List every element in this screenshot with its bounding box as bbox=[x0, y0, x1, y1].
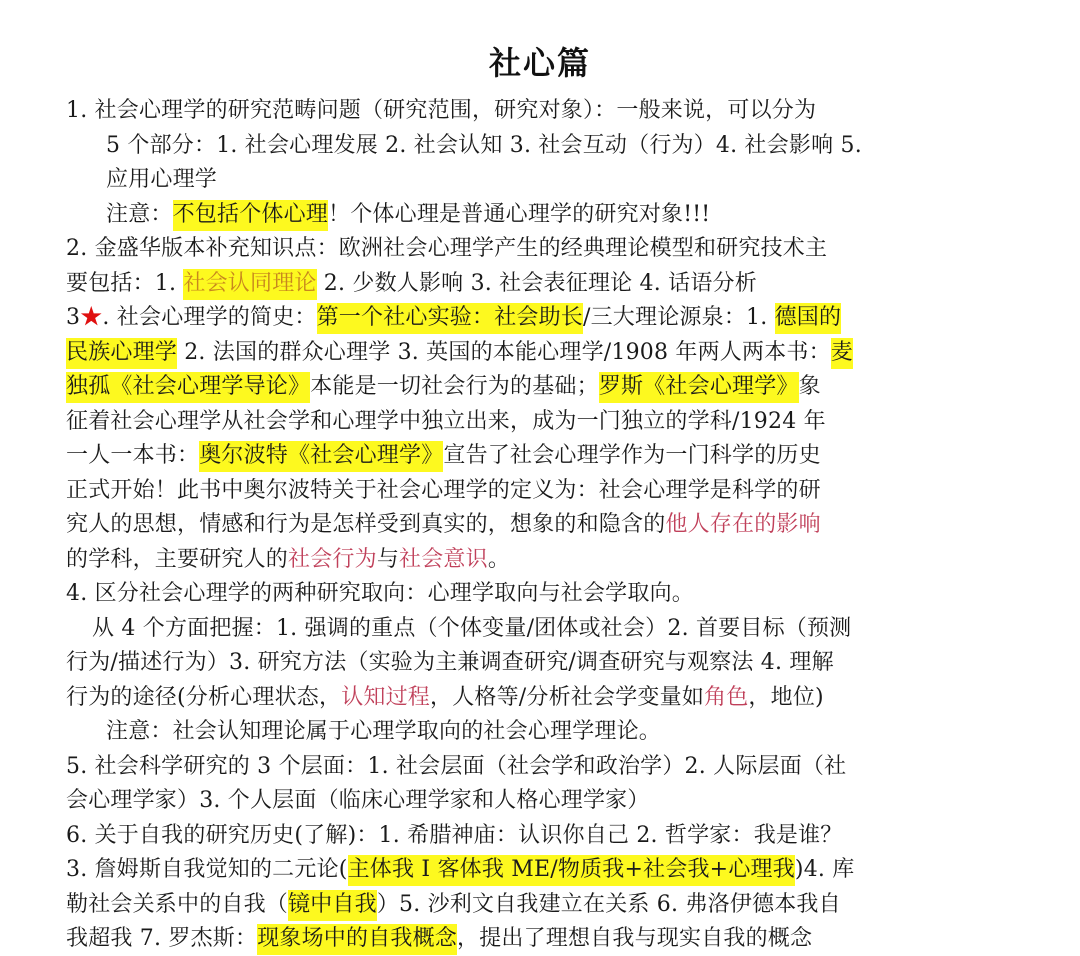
text-segment: 2. 少数人影响 3. 社会表征理论 4. 话语分析 bbox=[317, 271, 757, 296]
text-segment: ，地位) bbox=[748, 685, 823, 710]
text-segment: 勒社会关系中的自我（ bbox=[66, 892, 288, 917]
red-emphasis-text: 社会意识 bbox=[399, 547, 488, 572]
text-line: 2. 金盛华版本补充知识点：欧洲社会心理学产生的经典理论模型和研究技术主 bbox=[66, 232, 996, 267]
text-segment: 究人的思想，情感和行为是怎样受到真实的，想象的和隐含的 bbox=[66, 512, 665, 537]
text-segment: 5 个部分：1. 社会心理发展 2. 社会认知 3. 社会互动（行为）4. 社会… bbox=[106, 133, 862, 158]
text-segment: /三大理论源泉：1. bbox=[583, 305, 775, 330]
text-line: 5 个部分：1. 社会心理发展 2. 社会认知 3. 社会互动（行为）4. 社会… bbox=[66, 129, 996, 164]
highlighted-text: 德国的 bbox=[775, 303, 842, 334]
text-line: 5. 社会科学研究的 3 个层面：1. 社会层面（社会学和政治学）2. 人际层面… bbox=[66, 750, 996, 785]
text-segment: ）5. 沙利文自我建立在关系 6. 弗洛伊德本我自 bbox=[377, 892, 841, 917]
text-segment: 5. 社会科学研究的 3 个层面：1. 社会层面（社会学和政治学）2. 人际层面… bbox=[66, 754, 846, 779]
text-segment: 。 bbox=[488, 547, 510, 572]
highlighted-text: 独孤《社会心理学导论》 bbox=[66, 372, 310, 403]
highlighted-text: 主体我 I 客体我 ME/物质我+社会我+心理我 bbox=[348, 855, 795, 886]
text-line: 的学科，主要研究人的社会行为与社会意识。 bbox=[66, 543, 996, 578]
text-segment: 与 bbox=[377, 547, 399, 572]
text-segment: 行为/描述行为）3. 研究方法（实验为主兼调查研究/调查研究与观察法 4. 理解 bbox=[66, 650, 834, 675]
text-line: 行为的途径(分析心理状态，认知过程，人格等/分析社会学变量如角色，地位) bbox=[66, 681, 996, 716]
text-segment: ！个体心理是普通心理学的研究对象!!! bbox=[328, 202, 710, 227]
highlighted-text: 罗斯《社会心理学》 bbox=[599, 372, 799, 403]
page-title: 社心篇 bbox=[0, 38, 1080, 84]
text-segment: ，提出了理想自我与现实自我的概念 bbox=[457, 926, 812, 951]
text-line: 征着社会心理学从社会学和心理学中独立出来，成为一门独立的学科/1924 年 bbox=[66, 405, 996, 440]
highlighted-text: 不包括个体心理 bbox=[173, 200, 328, 231]
text-segment: 应用心理学 bbox=[106, 167, 217, 192]
text-segment: 我超我 7. 罗杰斯： bbox=[66, 926, 257, 951]
highlighted-text: 镜中自我 bbox=[288, 890, 377, 921]
text-segment: 4. 区分社会心理学的两种研究取向：心理学取向与社会学取向。 bbox=[66, 581, 694, 606]
text-segment: 正式开始！此书中奥尔波特关于社会心理学的定义为：社会心理学是科学的研 bbox=[66, 478, 821, 503]
text-segment: 一人一本书： bbox=[66, 443, 199, 468]
highlighted-text: 第一个社心实验：社会助长 bbox=[317, 303, 583, 334]
highlighted-text: 奥尔波特《社会心理学》 bbox=[199, 441, 443, 472]
red-emphasis-text: 社会行为 bbox=[288, 547, 377, 572]
text-segment: 象 bbox=[799, 374, 821, 399]
text-line: 注意：社会认知理论属于心理学取向的社会心理学理论。 bbox=[66, 715, 996, 750]
text-line: 1. 社会心理学的研究范畴问题（研究范围，研究对象）：一般来说，可以分为 bbox=[66, 94, 996, 129]
text-line: 正式开始！此书中奥尔波特关于社会心理学的定义为：社会心理学是科学的研 bbox=[66, 474, 996, 509]
text-line: 会心理学家）3. 个人层面（临床心理学家和人格心理学家） bbox=[66, 784, 996, 819]
text-line: 我超我 7. 罗杰斯：现象场中的自我概念，提出了理想自我与现实自我的概念 bbox=[66, 922, 996, 956]
text-segment: 注意：社会认知理论属于心理学取向的社会心理学理论。 bbox=[106, 719, 661, 744]
text-line: 一人一本书：奥尔波特《社会心理学》宣告了社会心理学作为一门科学的历史 bbox=[66, 439, 996, 474]
text-line: 注意：不包括个体心理！个体心理是普通心理学的研究对象!!! bbox=[66, 198, 996, 233]
text-segment: 1. 社会心理学的研究范畴问题（研究范围，研究对象）：一般来说，可以分为 bbox=[66, 98, 816, 123]
text-segment: 3. 詹姆斯自我觉知的二元论( bbox=[66, 857, 348, 882]
text-segment: 3 bbox=[66, 305, 80, 330]
text-segment: ，人格等/分析社会学变量如 bbox=[430, 685, 704, 710]
text-line: 从 4 个方面把握：1. 强调的重点（个体变量/团体或社会）2. 首要目标（预测 bbox=[66, 612, 996, 647]
text-segment: 会心理学家）3. 个人层面（临床心理学家和人格心理学家） bbox=[66, 788, 650, 813]
text-segment: 2. 法国的群众心理学 3. 英国的本能心理学/1908 年两人两本书： bbox=[177, 340, 831, 365]
text-line: 勒社会关系中的自我（镜中自我）5. 沙利文自我建立在关系 6. 弗洛伊德本我自 bbox=[66, 888, 996, 923]
text-line: 3★. 社会心理学的简史：第一个社心实验：社会助长/三大理论源泉：1. 德国的 bbox=[66, 301, 996, 336]
highlighted-text: 社会认同理论 bbox=[183, 269, 316, 300]
text-segment: 本能是一切社会行为的基础； bbox=[310, 374, 599, 399]
highlighted-text: 现象场中的自我概念 bbox=[257, 924, 457, 955]
text-line: 要包括：1. 社会认同理论 2. 少数人影响 3. 社会表征理论 4. 话语分析 bbox=[66, 267, 996, 302]
text-line: 行为/描述行为）3. 研究方法（实验为主兼调查研究/调查研究与观察法 4. 理解 bbox=[66, 646, 996, 681]
text-line: 3. 詹姆斯自我觉知的二元论(主体我 I 客体我 ME/物质我+社会我+心理我)… bbox=[66, 853, 996, 888]
text-segment: 从 4 个方面把握：1. 强调的重点（个体变量/团体或社会）2. 首要目标（预测 bbox=[92, 616, 851, 641]
text-segment: 征着社会心理学从社会学和心理学中独立出来，成为一门独立的学科/1924 年 bbox=[66, 409, 826, 434]
text-line: 独孤《社会心理学导论》本能是一切社会行为的基础；罗斯《社会心理学》象 bbox=[66, 370, 996, 405]
text-segment: 6. 关于自我的研究历史(了解)：1. 希腊神庙：认识你自己 2. 哲学家：我是… bbox=[66, 823, 843, 848]
text-segment: 的学科，主要研究人的 bbox=[66, 547, 288, 572]
text-line: 民族心理学 2. 法国的群众心理学 3. 英国的本能心理学/1908 年两人两本… bbox=[66, 336, 996, 371]
highlighted-text: 民族心理学 bbox=[66, 338, 177, 369]
text-line: 6. 关于自我的研究历史(了解)：1. 希腊神庙：认识你自己 2. 哲学家：我是… bbox=[66, 819, 996, 854]
red-emphasis-text: 认知过程 bbox=[341, 685, 430, 710]
text-segment: 注意： bbox=[106, 202, 173, 227]
text-segment: 2. 金盛华版本补充知识点：欧洲社会心理学产生的经典理论模型和研究技术主 bbox=[66, 236, 827, 261]
red-emphasis-text: 他人存在的影响 bbox=[665, 512, 820, 537]
text-line: 究人的思想，情感和行为是怎样受到真实的，想象的和隐含的他人存在的影响 bbox=[66, 508, 996, 543]
text-segment: 要包括：1. bbox=[66, 271, 183, 296]
text-line: 应用心理学 bbox=[66, 163, 996, 198]
star-icon: ★ bbox=[80, 305, 102, 330]
highlighted-text: 麦 bbox=[831, 338, 853, 369]
red-emphasis-text: 角色 bbox=[704, 685, 748, 710]
text-segment: )4. 库 bbox=[795, 857, 855, 882]
text-segment: . 社会心理学的简史： bbox=[102, 305, 316, 330]
document-body: 1. 社会心理学的研究范畴问题（研究范围，研究对象）：一般来说，可以分为5 个部… bbox=[66, 94, 996, 956]
text-line: 4. 区分社会心理学的两种研究取向：心理学取向与社会学取向。 bbox=[66, 577, 996, 612]
text-segment: 宣告了社会心理学作为一门科学的历史 bbox=[443, 443, 820, 468]
text-segment: 行为的途径(分析心理状态， bbox=[66, 685, 341, 710]
